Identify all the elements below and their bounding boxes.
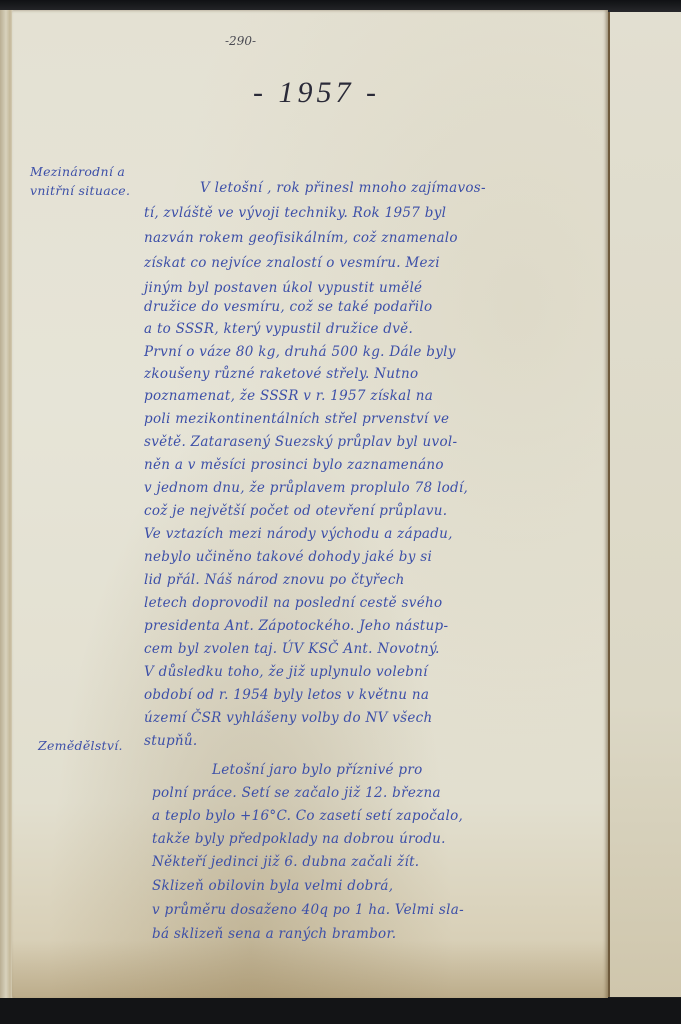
text-line: První o váze 80 kg, druhá 500 kg. Dále b… [144,344,456,360]
text-line: stupňů. [144,733,197,749]
text-line: a to SSSR, který vypustil družice dvě. [144,321,413,337]
margin-heading-line: vnitřní situace. [30,183,130,198]
text-line: světě. Zatarasený Suezský průplav byl uv… [144,434,457,450]
text-line: Letošní jaro bylo příznivé pro [212,762,423,778]
text-line: nazván rokem geofisikálním, což znamenal… [144,230,458,246]
text-line: lid přál. Náš národ znovu po čtyřech [144,572,405,588]
text-line: zkoušeny různé raketové střely. Nutno [144,366,418,382]
text-line: tí, zvláště ve vývoji techniky. Rok 1957… [144,205,446,221]
text-line: V letošní , rok přinesl mnoho zajímavos- [200,180,486,196]
text-line: Ve vztazích mezi národy východu a západu… [144,526,453,542]
scan-bottom-edge [0,998,681,1024]
text-line: bá sklizeň sena a raných brambor. [152,926,396,942]
adjacent-page-edge [608,12,681,997]
page-number: -290- [225,34,256,48]
text-line: cem byl zvolen taj. ÚV KSČ Ant. Novotný. [144,641,440,657]
text-line: Někteří jedinci již 6. dubna začali žít. [152,854,419,870]
text-line: polní práce. Setí se začalo již 12. břez… [152,785,441,801]
margin-heading-line: Mezinárodní a [30,164,125,179]
text-line: získat co nejvíce znalostí o vesmíru. Me… [144,255,440,271]
text-line: poli mezikontinentálních střel prvenství… [144,411,449,427]
text-line: družice do vesmíru, což se také podařilo [144,299,432,315]
text-line: poznamenat, že SSSR v r. 1957 získal na [144,388,433,404]
text-line: Sklizeň obilovin byla velmi dobrá, [152,878,393,894]
year-heading: - 1957 - [253,76,380,110]
margin-heading-line: Zemědělství. [38,738,123,753]
text-line: území ČSR vyhlášeny volby do NV všech [144,710,433,726]
text-line: v průměru dosaženo 40q po 1 ha. Velmi sl… [152,902,464,918]
text-line: a teplo bylo +16°C. Co zasetí setí započ… [152,808,463,824]
text-line: jiným byl postaven úkol vypustit umělé [144,280,422,296]
text-line: V důsledku toho, že již uplynulo volební [144,664,428,680]
text-line: což je největší počet od otevření průpla… [144,503,447,519]
text-line: období od r. 1954 byly letos v květnu na [144,687,429,703]
text-line: presidenta Ant. Zápotockého. Jeho nástup… [144,618,448,634]
text-line: nebylo učiněno takové dohody jaké by si [144,549,432,565]
text-line: takže byly předpoklady na dobrou úrodu. [152,831,446,847]
text-line: letech doprovodil na poslední cestě svéh… [144,595,442,611]
text-line: něn a v měsíci prosinci bylo zaznamenáno [144,457,444,473]
text-line: v jednom dnu, že průplavem proplulo 78 l… [144,480,468,496]
